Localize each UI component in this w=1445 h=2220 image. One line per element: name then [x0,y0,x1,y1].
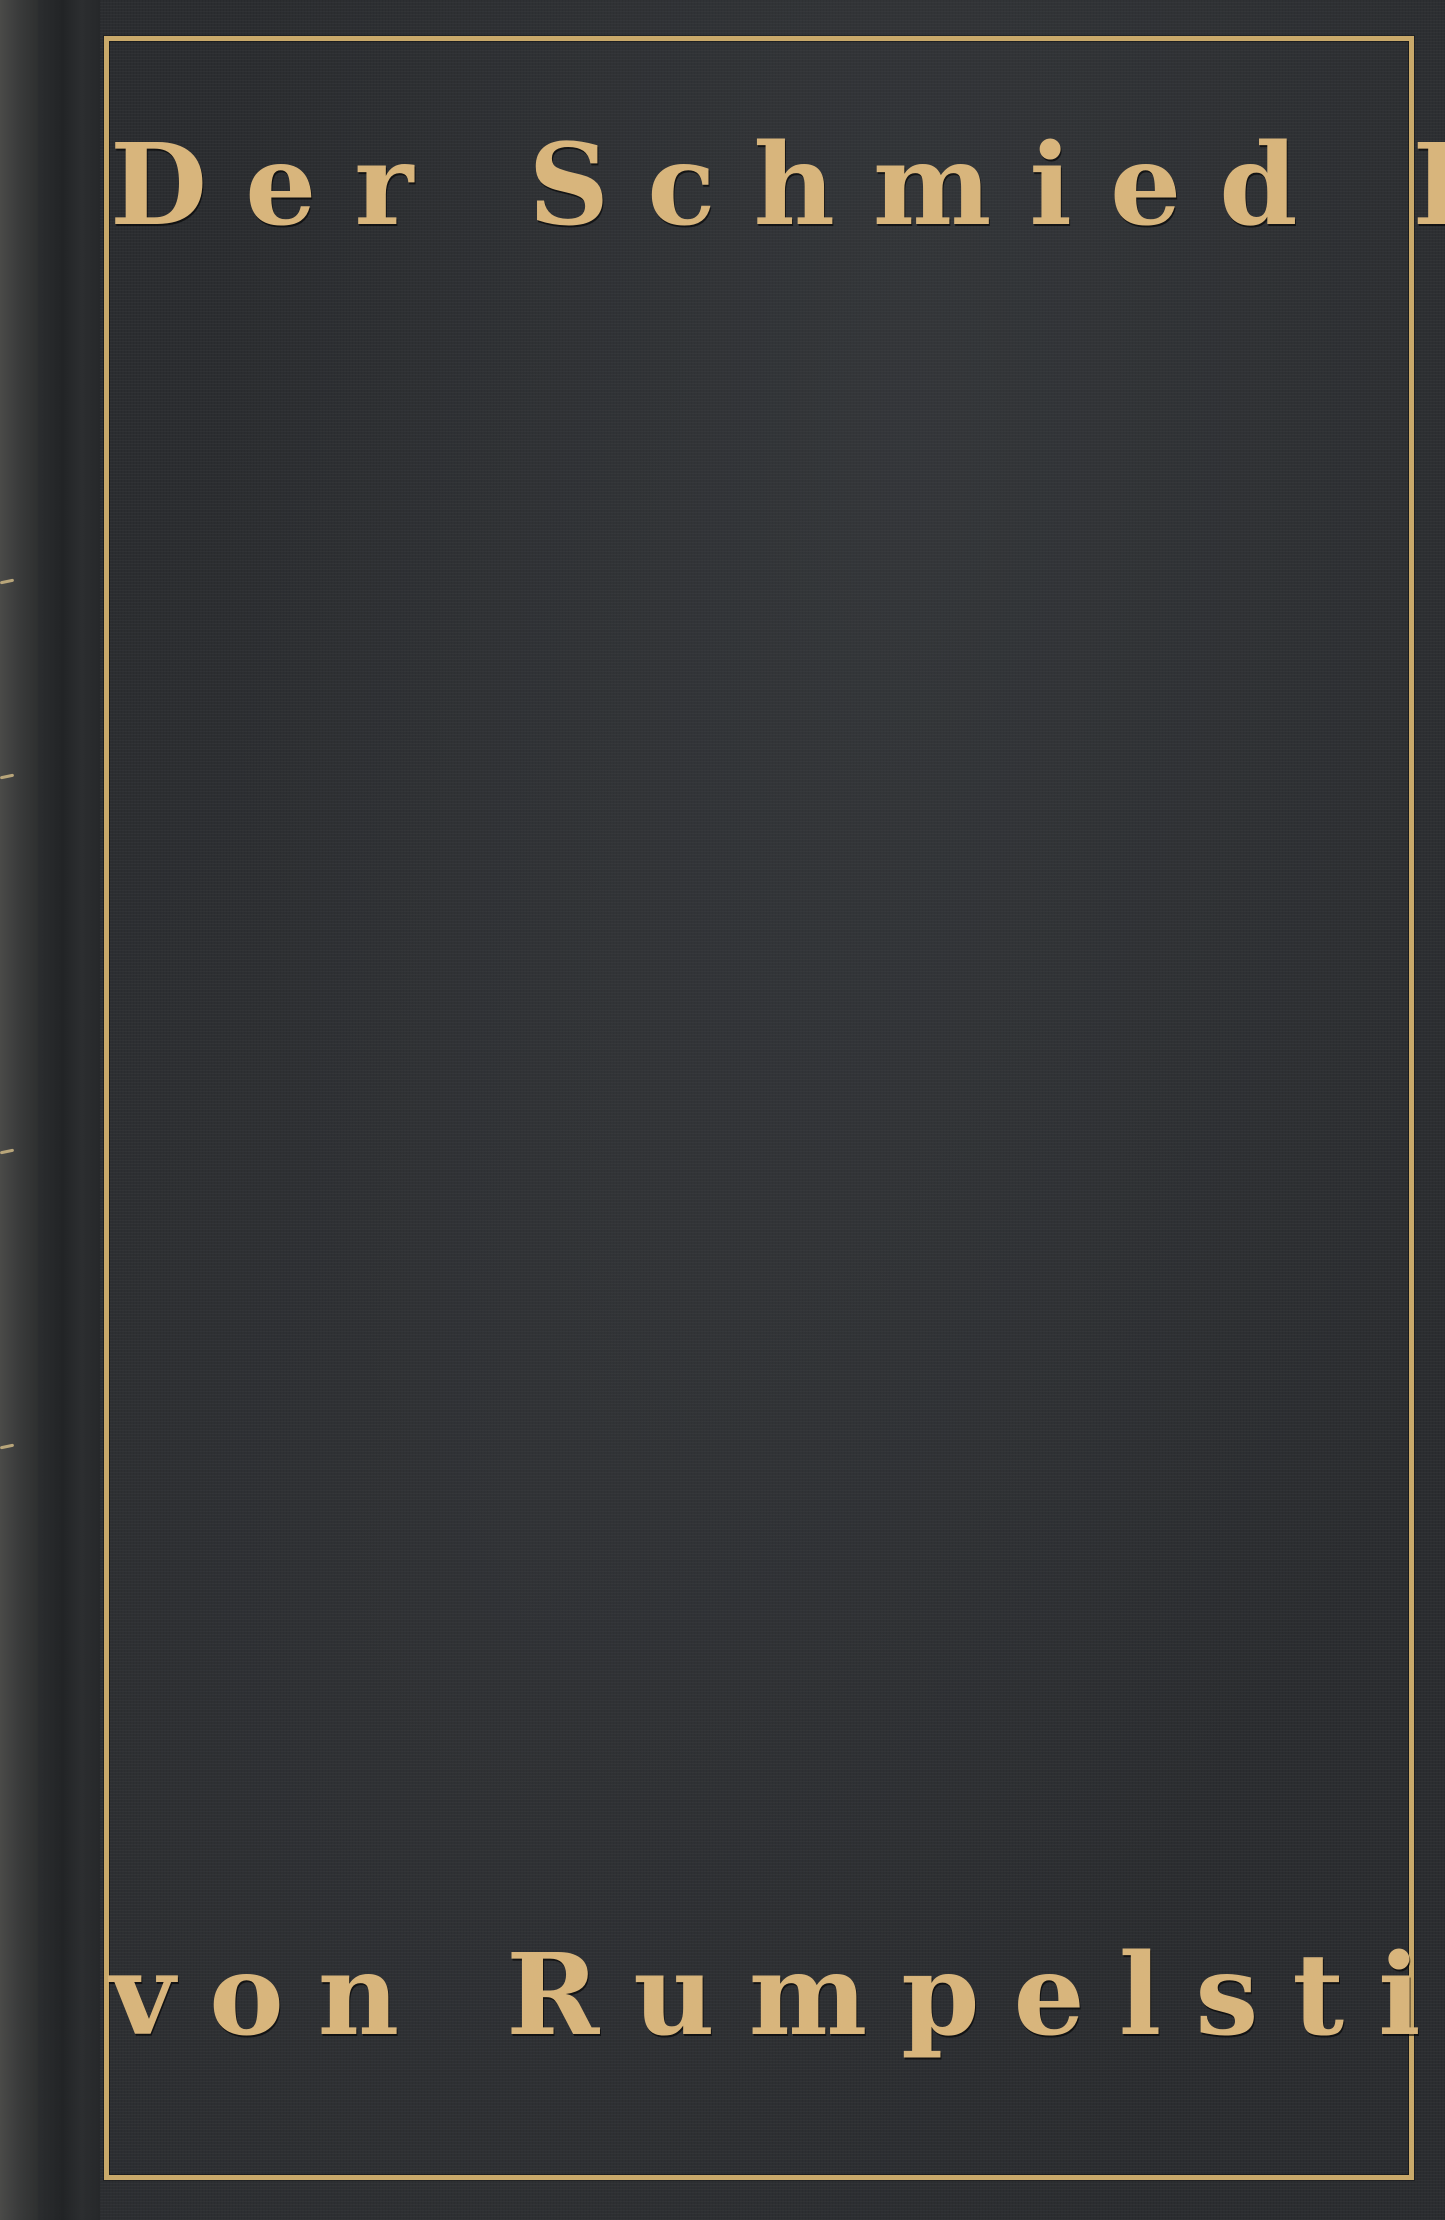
gilt-border-frame [104,36,1414,2180]
spine-gilt-mark [0,774,14,780]
spine-gilt-mark [0,579,14,585]
book-title: Der Schmied Koms [110,120,1410,251]
cover-hinge [38,0,100,2220]
book-author: von Rumpelstilzchen [110,1930,1410,2061]
spine-gilt-mark [0,1444,14,1450]
spine-gilt-mark [0,1149,14,1155]
book-spine-edge [0,0,38,2220]
